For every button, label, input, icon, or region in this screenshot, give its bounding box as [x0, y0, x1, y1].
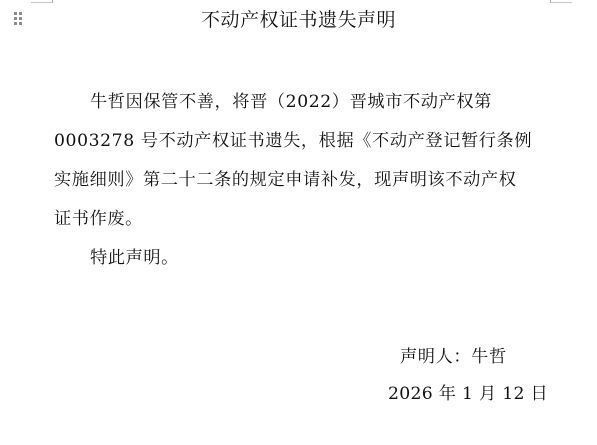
body-line: 证书作废。: [54, 200, 556, 239]
top-right-margin-mark: [550, 0, 572, 3]
declarant-signature: 声明人：牛哲: [400, 345, 507, 369]
body-line: 实施细则》第二十二条的规定申请补发，现声明该不动产权: [54, 161, 556, 200]
body-line: 牛哲因保管不善，将晋（2022）晋城市不动产权第: [54, 83, 556, 122]
document-title: 不动产权证书遗失声明: [0, 7, 597, 33]
body-line: 0003278 号不动产权证书遗失，根据《不动产登记暂行条例: [54, 122, 556, 161]
closing-statement: 特此声明。: [54, 239, 556, 278]
document-body: 牛哲因保管不善，将晋（2022）晋城市不动产权第 0003278 号不动产权证书…: [54, 83, 556, 278]
top-left-margin-mark: [31, 0, 53, 3]
declaration-date: 2026 年 1 月 12 日: [388, 382, 548, 406]
